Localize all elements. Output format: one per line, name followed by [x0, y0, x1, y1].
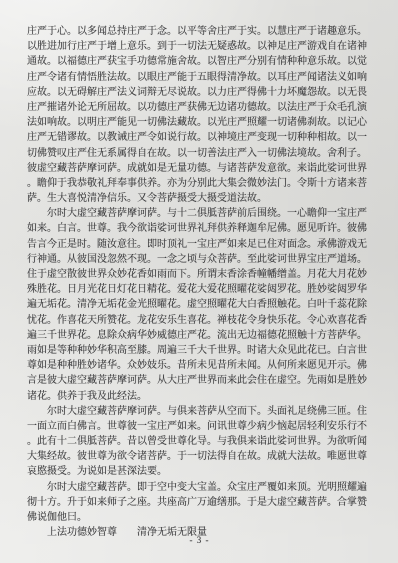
sutra-text-line: 彼虚空藏菩萨摩诃萨。成就如是无量功德。与诸菩萨发意欲。来诣此娑诃世界 — [27, 161, 372, 176]
sutra-text-line: 尔时大虚空藏菩萨摩诃萨。与俱来菩萨从空而下。头面礼足绕佛三匝。住 — [27, 404, 372, 419]
sutra-text-line: 通故。以福德庄严获宝手功德常施舍故。以智庄严分别有情种种意乐故。以觉 — [27, 54, 372, 69]
sutra-text-line: 遍无垢花。清净无垢花金光照曜花。虚空照曜花大白香照触花。白叶千蕊花除 — [27, 297, 372, 312]
sutra-text-line: 尔时大虚空藏菩萨摩诃萨。与十二俱胝菩萨前后围绕。一心瞻仰一宝庄严 — [27, 206, 372, 221]
sutra-text-line: 法如响故。以明庄严能见一切佛法藏故。以光庄严照耀一切诸佛刹故。以记心 — [27, 115, 372, 130]
sutra-text-block: 庄严于心。以多闻总持庄严于念。以平等舍庄严于实。以慧庄严于诸趣意乐。以胜进加行庄… — [27, 24, 372, 540]
sutra-text-line: 切佛赞叹庄严住无系属得自在故。以一切善法庄严入一切佛法境故。舍利子。 — [27, 146, 372, 161]
scanned-sutra-page: 庄严于心。以多闻总持庄严于念。以平等舍庄严于实。以慧庄严于诸趣意乐。以胜进加行庄… — [0, 0, 398, 563]
sutra-text-line: 哀愍摄受。为说如是甚深法要。 — [27, 464, 372, 479]
sutra-text-line: 尊如是种种胜妙诸华。众妙妓乐。昔所未见昔所未闻。从何所来愿见开示。佛 — [27, 358, 372, 373]
sutra-text-line: 行神通。从彼国没忽然不现。一念之顷与众菩萨。至此娑诃世界宝庄严道场。 — [27, 252, 372, 267]
sutra-text-line: 一面立而白佛言。世尊彼一宝庄严如来。问讯世尊少病少恼起居轻利安乐行不 — [27, 419, 372, 434]
sutra-text-line: 言是彼大虚空藏菩萨摩诃萨。从大庄严世界而来此会住在虚空。先雨如是胜妙 — [27, 373, 372, 388]
sutra-text-line: 庄严摧诸外论无所屈故。以功德庄严获佛无边诸功德故。以法庄严于众毛孔演 — [27, 100, 372, 115]
sutra-text-line: 住于虚空散彼世界众妙花香如雨而下。所谓末香涂香幢幡缯盖。月花大月花妙 — [27, 267, 372, 282]
sutra-text-line: 。瞻仰于我恭敬礼拜奉事供养。亦为分别此大集会微妙法门。令斯十方诸来菩 — [27, 176, 372, 191]
sutra-text-line: 告言今正是时。随汝意往。即时顶礼一宝庄严如来足已住对面念。承佛游戏无 — [27, 237, 372, 252]
sutra-text-line: 大集经故。彼世尊为欲令诸菩萨。于一切法得自在故。成就大法故。唯愿世尊 — [27, 449, 372, 464]
sutra-text-line: 遍三千世界花。息除众病华妙威德庄严花。流出无边福德花照触十方菩萨华。 — [27, 328, 372, 343]
sutra-text-line: 庄严令诸有情悟胜法故。以眼庄严能于五眼得清净故。以耳庄严闻诸法义如响 — [27, 70, 372, 85]
sutra-text-line: 尔时大虚空藏菩萨。即于空中变大宝盖。众宝庄严覆如来顶。光明照耀遍 — [27, 480, 372, 495]
sutra-text-line: 彻十方。升于如来师子之座。共座高广万逾缮那。于是大虚空藏菩萨。合掌赞 — [27, 495, 372, 510]
sutra-text-line: 应故。以无碍解庄严法义词辩无尽说故。以力庄严得佛十力坏魔怨故。以无畏 — [27, 85, 372, 100]
sutra-text-line: 雨如是等种种妙华积高至膝。周遍三千大千世界。时诸大众见此花已。白言世 — [27, 343, 372, 358]
sutra-text-line: 殊胜花。日月光花日灯花日精花。爱花大爱花照曜花娑闼罗花。胜妙娑闼罗华 — [27, 282, 372, 297]
sutra-text-line: 佛说伽他曰。 — [27, 510, 372, 525]
sutra-text-line: 庄严无错谬故。以教诫庄严令如说行故。以神境庄严变现一切种种相故。以一 — [27, 130, 372, 145]
sutra-text-line: 庄严于心。以多闻总持庄严于念。以平等舍庄严于实。以慧庄严于诸趣意乐。 — [27, 24, 372, 39]
sutra-text-line: 如来。白言。世尊。我今欲诣娑诃世界礼拜供养释迦牟尼佛。愿见听许。彼佛 — [27, 221, 372, 236]
sutra-text-line: 忧花。作喜花天所赞花。龙花安乐生喜花。禅枝花令身快乐花。令心欢喜花香 — [27, 313, 372, 328]
sutra-text-line: 以胜进加行庄严于增上意乐。到于一切法无疑惑故。以神足庄严游戏自在诸神 — [27, 39, 372, 54]
page-number: - 3 - — [27, 535, 372, 545]
sutra-text-line: 诸花。供养于我及此经法。 — [27, 389, 372, 404]
sutra-text-line: 。此有十二俱胝菩萨。昔以曾受世尊化导。与我俱来诣此娑诃世界。为欲听闻 — [27, 434, 372, 449]
sutra-text-line: 萨。生大喜悦清净信乐。又令菩萨摄受大摄受道法故。 — [27, 191, 372, 206]
